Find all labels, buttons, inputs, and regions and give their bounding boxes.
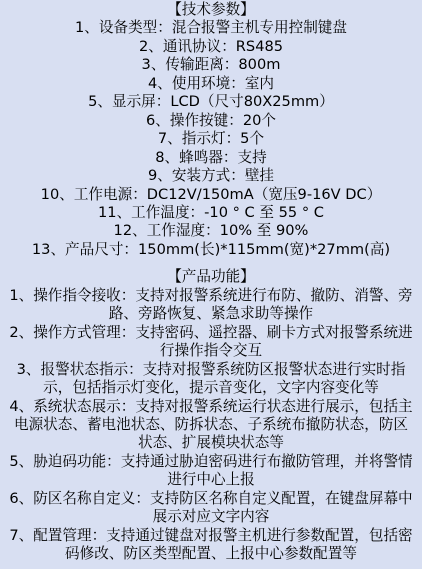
function-zone-name-line-1: 6、防区名称自定义：支持防区名称自定义配置，在键盘屏幕中: [0, 490, 422, 508]
product-functions-section: 【产品功能】 1、操作指令接收：支持对报警系统进行布防、撤防、消警、旁 路、旁路…: [0, 268, 422, 563]
tech-param-distance: 3、传输距离：800m: [0, 56, 422, 74]
tech-param-device-type: 1、设备类型：混合报警主机专用控制键盘: [0, 19, 422, 37]
tech-param-indicators: 7、指示灯：5个: [0, 130, 422, 148]
function-zone-name-line-2: 展示对应文字内容: [0, 508, 422, 526]
function-operation-mode-line-1: 2、操作方式管理：支持密码、遥控器、刷卡方式对报警系统进: [0, 324, 422, 342]
tech-param-buzzer: 8、蜂鸣器：支持: [0, 149, 422, 167]
function-system-status-line-2: 电源状态、蓄电池状态、防拆状态、子系统布撤防状态，防区: [0, 416, 422, 434]
tech-param-humidity: 12、工作湿度：10% 至 90%: [0, 222, 422, 240]
tech-param-mounting: 9、安装方式：壁挂: [0, 167, 422, 185]
tech-param-keys: 6、操作按键：20个: [0, 112, 422, 130]
function-duress-code-line-1: 5、胁迫码功能：支持通过胁迫密码进行布撤防管理，并将警情: [0, 453, 422, 471]
function-operation-mode-line-2: 行操作指令交互: [0, 342, 422, 360]
function-system-status-line-3: 状态、扩展模块状态等: [0, 434, 422, 452]
function-command-receive-line-1: 1、操作指令接收：支持对报警系统进行布防、撤防、消警、旁: [0, 287, 422, 305]
tech-params-title: 【技术参数】: [0, 1, 422, 19]
function-alarm-status-line-1: 3、报警状态指示：支持对报警系统防区报警状态进行实时指: [0, 361, 422, 379]
tech-param-power: 10、工作电源：DC12V/150mA（宽压9-16V DC）: [0, 186, 422, 204]
function-command-receive-line-2: 路、旁路恢复、紧急求助等操作: [0, 305, 422, 323]
tech-param-environment: 4、使用环境：室内: [0, 75, 422, 93]
tech-param-display: 5、显示屏：LCD（尺寸80X25mm）: [0, 93, 422, 111]
function-duress-code-line-2: 进行中心上报: [0, 471, 422, 489]
function-config-management-line-1: 7、配置管理：支持通过键盘对报警主机进行参数配置，包括密: [0, 527, 422, 545]
function-system-status-line-1: 4、系统状态展示：支持对报警系统运行状态进行展示，包括主: [0, 398, 422, 416]
tech-param-dimensions: 13、产品尺寸：150mm(长)*115mm(宽)*27mm(高): [0, 241, 422, 259]
tech-params-section: 【技术参数】 1、设备类型：混合报警主机专用控制键盘 2、通讯协议：RS485 …: [0, 1, 422, 259]
tech-param-protocol: 2、通讯协议：RS485: [0, 38, 422, 56]
product-spec-document: 【技术参数】 1、设备类型：混合报警主机专用控制键盘 2、通讯协议：RS485 …: [0, 0, 422, 569]
function-alarm-status-line-2: 示，包括指示灯变化，提示音变化，文字内容变化等: [0, 379, 422, 397]
function-config-management-line-2: 码修改、防区类型配置、上报中心参数配置等: [0, 545, 422, 563]
tech-param-temperature: 11、工作温度：-10 ° C 至 55 ° C: [0, 204, 422, 222]
product-functions-title: 【产品功能】: [0, 268, 422, 286]
